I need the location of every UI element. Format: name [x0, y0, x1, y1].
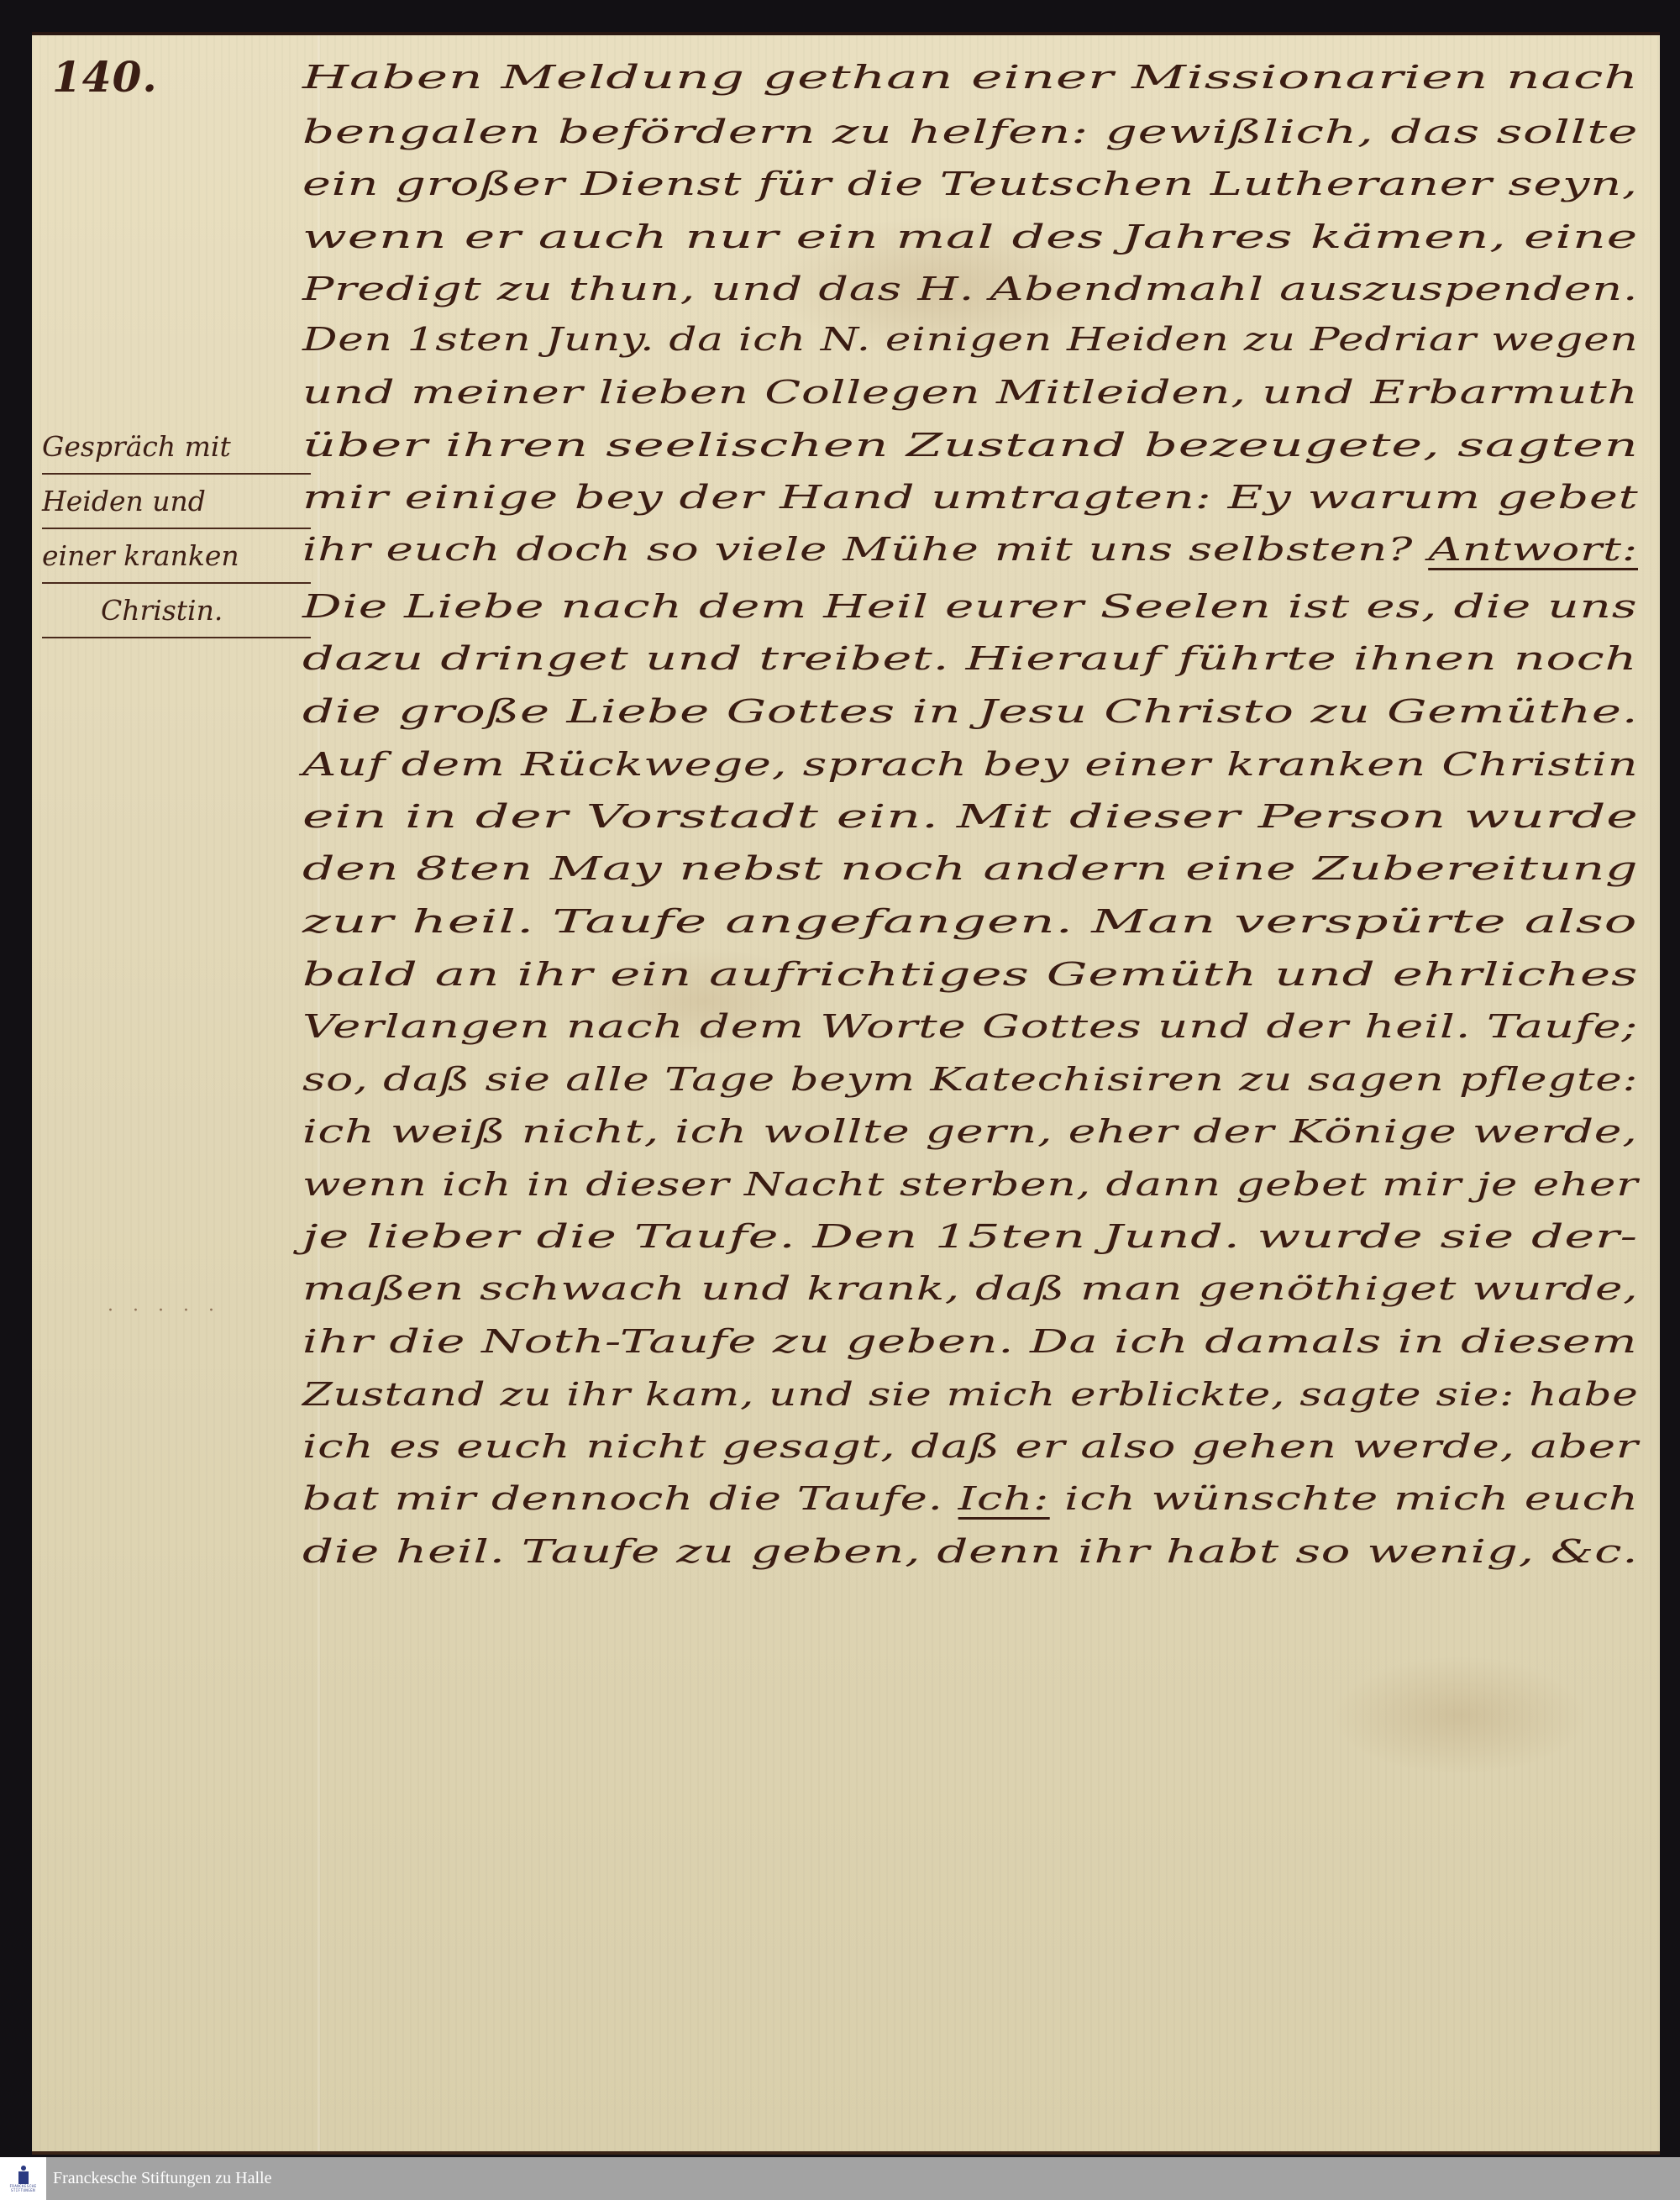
text-line: je lieber die Taufe. Den 15ten Jund. wur…	[302, 1218, 1638, 1255]
footer-bar: FRANCKESCHE STIFTUNGEN Franckesche Stift…	[0, 2157, 1680, 2200]
text-line: Predigt zu thun, und das H. Abendmahl au…	[302, 270, 1638, 307]
text-line: Verlangen nach dem Worte Gottes und der …	[302, 1008, 1638, 1045]
text-line: die heil. Taufe zu geben, denn ihr habt …	[302, 1533, 1638, 1570]
text-line: und meiner lieben Collegen Mitleiden, un…	[302, 374, 1638, 411]
statue-icon	[16, 2166, 31, 2184]
text-line: ihr euch doch so viele Mühe mit uns selb…	[302, 531, 1638, 568]
margin-note-line: einer kranken	[42, 529, 311, 584]
text-line: Auf dem Rückwege, sprach bey einer krank…	[302, 746, 1638, 783]
text-line: so, daß sie alle Tage beym Katechisiren …	[302, 1061, 1638, 1098]
folio-number: 140.	[52, 52, 158, 102]
margin-note: Gespräch mit Heiden und einer kranken Ch…	[42, 420, 311, 638]
text-line: ich es euch nicht gesagt, daß er also ge…	[302, 1428, 1639, 1465]
margin-note-line: Heiden und	[42, 475, 311, 529]
stray-ink-mark: · · · · ·	[108, 1300, 221, 1321]
text-line: Zustand zu ihr kam, und sie mich erblick…	[302, 1376, 1639, 1413]
text-line: Den 1sten Juny. da ich N. einigen Heiden…	[302, 321, 1638, 358]
text-line: bengalen befördern zu helfen: gewißlich,…	[302, 113, 1638, 150]
text-line: Die Liebe nach dem Heil eurer Seelen ist…	[302, 588, 1637, 625]
text-line: bat mir dennoch die Taufe. Ich: ich wüns…	[302, 1480, 1639, 1517]
text-line: zur heil. Taufe angefangen. Man verspürt…	[302, 903, 1637, 940]
text-line: wenn ich in dieser Nacht sterben, dann g…	[302, 1166, 1638, 1203]
text-line: dazu dringet und treibet. Hierauf führte…	[302, 640, 1637, 677]
text-line: ein in der Vorstadt ein. Mit dieser Pers…	[302, 798, 1639, 835]
text-line: wenn er auch nur ein mal des Jahres käme…	[302, 218, 1638, 255]
text-line: ich weiß nicht, ich wollte gern, eher de…	[302, 1113, 1638, 1150]
text-line: ein großer Dienst für die Teutschen Luth…	[302, 165, 1638, 202]
text-line: bald an ihr ein aufrichtiges Gemüth und …	[302, 956, 1638, 993]
logo-text-line2: STIFTUNGEN	[11, 2188, 35, 2192]
text-line: maßen schwach und krank, daß man genöthi…	[302, 1270, 1638, 1307]
text-line: ihr die Noth-Taufe zu geben. Da ich dama…	[302, 1323, 1637, 1360]
scan-background: 140. Gespräch mit Heiden und einer krank…	[0, 0, 1680, 2157]
institution-title: Franckesche Stiftungen zu Halle	[53, 2169, 271, 2188]
underlined-word: Ich:	[958, 1480, 1049, 1520]
margin-note-line: Christin.	[42, 584, 311, 638]
text-line: über ihren seelischen Zustand bezeugete,…	[302, 427, 1639, 464]
underlined-word: Antwort:	[1428, 531, 1638, 570]
text-line: den 8ten May nebst noch andern eine Zube…	[302, 850, 1638, 887]
text-line: mir einige bey der Hand umtragten: Ey wa…	[302, 479, 1639, 516]
franckesche-stiftungen-logo[interactable]: FRANCKESCHE STIFTUNGEN	[0, 2157, 46, 2200]
text-line: die große Liebe Gottes in Jesu Christo z…	[302, 693, 1638, 730]
margin-note-line: Gespräch mit	[42, 420, 311, 475]
text-line: Haben Meldung gethan einer Missionarien …	[302, 59, 1639, 96]
